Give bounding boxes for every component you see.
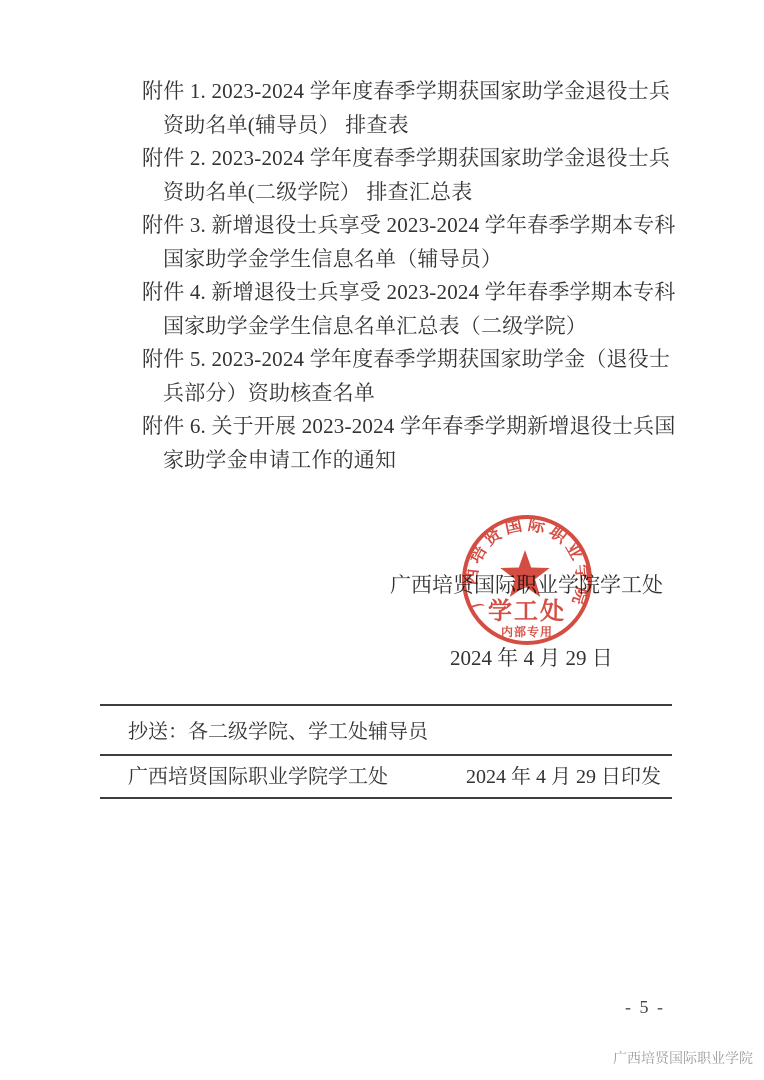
page-number: - 5 - xyxy=(600,997,690,1018)
attachment-4-line-1: 附件 4. 新增退役士兵享受 2023-2024 学年春季学期本专科 xyxy=(142,276,672,310)
attachment-6-line-2: 家助学金申请工作的通知 xyxy=(142,444,672,478)
attachment-3-line-2: 国家助学金学生信息名单（辅导员） xyxy=(142,243,672,277)
issuer-row: 广西培贤国际职业学院学工处 2024 年 4 月 29 日印发 xyxy=(128,764,661,790)
attachment-5-line-2: 兵部分）资助核查名单 xyxy=(142,377,672,411)
seal-sub-text: 内部专用 xyxy=(501,624,553,639)
attachment-6-line-1: 附件 6. 关于开展 2023-2024 学年春季学期新增退役士兵国 xyxy=(142,410,672,444)
footer-middle-rule xyxy=(100,754,672,756)
issue-date: 2024 年 4 月 29 日印发 xyxy=(466,764,661,790)
school-watermark: 广西培贤国际职业学院 xyxy=(613,1048,753,1068)
attachment-list: 附件 1. 2023-2024 学年度春季学期获国家助学金退役士兵 资助名单(辅… xyxy=(142,75,672,477)
attachment-2-line-2: 资助名单(二级学院） 排查汇总表 xyxy=(142,176,672,210)
issuer-name: 广西培贤国际职业学院学工处 xyxy=(128,764,388,790)
cc-recipients-line: 抄送：各二级学院、学工处辅导员 xyxy=(128,719,428,745)
attachment-5-line-1: 附件 5. 2023-2024 学年度春季学期获国家助学金（退役士 xyxy=(142,343,672,377)
issuing-department-signature: 广西培贤国际职业学院学工处 xyxy=(390,571,660,599)
attachment-4-line-2: 国家助学金学生信息名单汇总表（二级学院） xyxy=(142,310,672,344)
footer-bottom-rule xyxy=(100,797,672,799)
seal-center-text: 学工处 xyxy=(488,598,566,625)
attachment-1-line-2: 资助名单(辅导员） 排查表 xyxy=(142,109,672,143)
document-date: 2024 年 4 月 29 日 xyxy=(450,644,640,672)
attachment-3-line-1: 附件 3. 新增退役士兵享受 2023-2024 学年春季学期本专科 xyxy=(142,209,672,243)
attachment-1-line-1: 附件 1. 2023-2024 学年度春季学期获国家助学金退役士兵 xyxy=(142,75,672,109)
attachment-2-line-1: 附件 2. 2023-2024 学年度春季学期获国家助学金退役士兵 xyxy=(142,142,672,176)
footer-top-rule xyxy=(100,704,672,706)
document-page: 附件 1. 2023-2024 学年度春季学期获国家助学金退役士兵 资助名单(辅… xyxy=(0,0,764,1080)
